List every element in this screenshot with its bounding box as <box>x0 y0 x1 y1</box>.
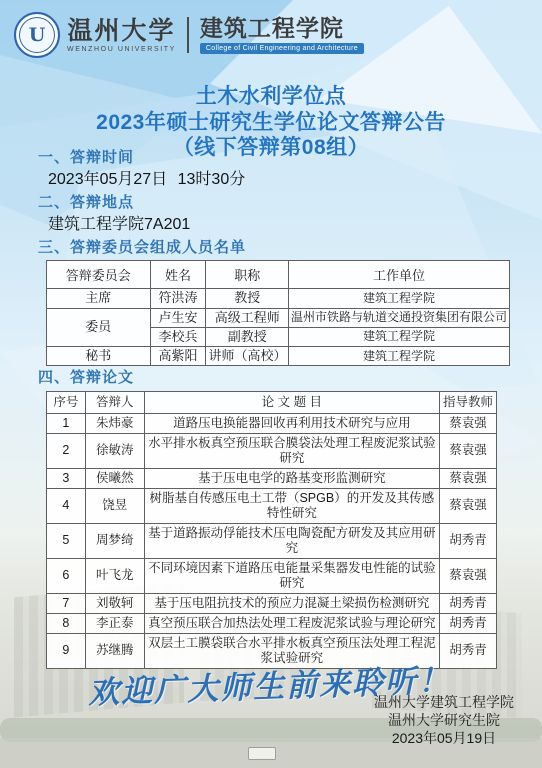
col-header-org: 工作单位 <box>288 261 509 289</box>
thesis-no: 6 <box>47 558 86 593</box>
thesis-title: 道路压电换能器回收再利用技术研究与应用 <box>144 413 439 433</box>
thesis-advisor: 蔡袁强 <box>439 433 496 468</box>
college-name-block: 建筑工程学院 College of Civil Engineering and … <box>200 17 364 54</box>
committee-role: 委员 <box>47 308 151 347</box>
header: U 温州大学 WENZHOU UNIVERSITY 建筑工程学院 College… <box>14 12 364 58</box>
college-name-cn: 建筑工程学院 <box>200 17 364 40</box>
committee-title: 讲师（高校） <box>206 347 289 366</box>
table-row: 主席 符洪涛 教授 建筑工程学院 <box>47 289 510 308</box>
col-header-thesis-title: 论 文 题 目 <box>144 391 439 413</box>
university-name-block: 温州大学 WENZHOU UNIVERSITY <box>67 18 176 53</box>
signature-college: 温州大学建筑工程学院 <box>374 694 514 712</box>
committee-org: 建筑工程学院 <box>288 289 509 308</box>
defense-place-value: 建筑工程学院7A201 <box>48 215 514 236</box>
thesis-no: 8 <box>47 613 86 633</box>
table-row: 1 朱炜豪 道路压电换能器回收再利用技术研究与应用 蔡袁强 <box>47 413 497 433</box>
thesis-student: 刘敬轲 <box>85 593 144 613</box>
title-line-1: 土木水利学位点 <box>0 84 542 110</box>
col-header-committee: 答辩委员会 <box>47 261 151 289</box>
bus-silhouette <box>248 747 276 760</box>
thesis-advisor: 胡秀青 <box>439 593 496 613</box>
section-heading-thesis: 四、答辩论文 <box>38 368 514 388</box>
committee-title: 副教授 <box>206 327 289 346</box>
committee-title: 教授 <box>206 289 289 308</box>
committee-title: 高级工程师 <box>206 308 289 327</box>
committee-table: 答辩委员会 姓名 职称 工作单位 主席 符洪涛 教授 建筑工程学院 委员 卢生安… <box>46 260 510 366</box>
thesis-no: 5 <box>47 523 86 558</box>
committee-org: 温州市铁路与轨道交通投资集团有限公司 <box>288 308 509 327</box>
thesis-header-row: 序号 答辩人 论 文 题 目 指导教师 <box>47 391 497 413</box>
title-line-2: 2023年硕士研究生学位论文答辩公告 <box>0 110 542 136</box>
thesis-advisor: 蔡袁强 <box>439 413 496 433</box>
thesis-no: 4 <box>47 488 86 523</box>
table-row: 委员 卢生安 高级工程师 温州市铁路与轨道交通投资集团有限公司 <box>47 308 510 327</box>
committee-org: 建筑工程学院 <box>288 327 509 346</box>
thesis-advisor: 胡秀青 <box>439 523 496 558</box>
thesis-title: 基于压电阻抗技术的预应力混凝土梁损伤检测研究 <box>144 593 439 613</box>
thesis-student: 饶昱 <box>85 488 144 523</box>
thesis-no: 7 <box>47 593 86 613</box>
col-header-advisor: 指导教师 <box>439 391 496 413</box>
thesis-advisor: 蔡袁强 <box>439 468 496 488</box>
university-name-en: WENZHOU UNIVERSITY <box>67 46 176 53</box>
table-row: 4 饶昱 树脂基自传感压电土工带（SPGB）的开发及其传感特性研究 蔡袁强 <box>47 488 497 523</box>
thesis-table: 序号 答辩人 论 文 题 目 指导教师 1 朱炜豪 道路压电换能器回收再利用技术… <box>46 391 497 669</box>
thesis-no: 1 <box>47 413 86 433</box>
col-header-title: 职称 <box>206 261 289 289</box>
table-row: 秘书 高紫阳 讲师（高校） 建筑工程学院 <box>47 347 510 366</box>
col-header-name: 姓名 <box>150 261 206 289</box>
main-content: 一、答辩时间 2023年05月27日 13时30分 二、答辩地点 建筑工程学院7… <box>38 146 514 671</box>
table-row: 7 刘敬轲 基于压电阻抗技术的预应力混凝土梁损伤检测研究 胡秀青 <box>47 593 497 613</box>
col-header-student: 答辩人 <box>85 391 144 413</box>
poster-page: U 温州大学 WENZHOU UNIVERSITY 建筑工程学院 College… <box>0 0 542 768</box>
thesis-student: 李正泰 <box>85 613 144 633</box>
committee-name: 李校兵 <box>150 327 206 346</box>
thesis-student: 苏继腾 <box>85 633 144 668</box>
committee-org: 建筑工程学院 <box>288 347 509 366</box>
thesis-no: 3 <box>47 468 86 488</box>
table-row: 3 侯曦然 基于压电电学的路基变形监测研究 蔡袁强 <box>47 468 497 488</box>
thesis-student: 朱炜豪 <box>85 413 144 433</box>
university-logo-icon: U <box>14 12 60 58</box>
defense-time-value: 2023年05月27日 13时30分 <box>48 170 514 191</box>
thesis-title: 不同环境因素下道路压电能量采集器发电性能的试验研究 <box>144 558 439 593</box>
thesis-student: 叶飞龙 <box>85 558 144 593</box>
thesis-title: 水平排水板真空预压联合膜袋法处理工程废泥浆试验研究 <box>144 433 439 468</box>
thesis-advisor: 蔡袁强 <box>439 488 496 523</box>
college-name-en: College of Civil Engineering and Archite… <box>200 43 364 54</box>
signature-graduate-school: 温州大学研究生院 <box>374 712 514 730</box>
section-heading-time: 一、答辩时间 <box>38 148 514 168</box>
committee-header-row: 答辩委员会 姓名 职称 工作单位 <box>47 261 510 289</box>
signature-block: 温州大学建筑工程学院 温州大学研究生院 2023年05月19日 <box>374 694 514 748</box>
table-row: 6 叶飞龙 不同环境因素下道路压电能量采集器发电性能的试验研究 蔡袁强 <box>47 558 497 593</box>
thesis-advisor: 蔡袁强 <box>439 558 496 593</box>
section-heading-committee: 三、答辩委员会组成人员名单 <box>38 238 514 258</box>
table-row: 2 徐敏涛 水平排水板真空预压联合膜袋法处理工程废泥浆试验研究 蔡袁强 <box>47 433 497 468</box>
thesis-advisor: 胡秀青 <box>439 613 496 633</box>
section-heading-place: 二、答辩地点 <box>38 193 514 213</box>
thesis-title: 基于道路振动俘能技术压电陶瓷配方研发及其应用研究 <box>144 523 439 558</box>
committee-name: 符洪涛 <box>150 289 206 308</box>
table-row: 8 李正泰 真空预压联合加热法处理工程废泥浆试验与理论研究 胡秀青 <box>47 613 497 633</box>
thesis-no: 2 <box>47 433 86 468</box>
table-row: 5 周梦绮 基于道路振动俘能技术压电陶瓷配方研发及其应用研究 胡秀青 <box>47 523 497 558</box>
university-name-cn: 温州大学 <box>67 18 175 43</box>
thesis-student: 侯曦然 <box>85 468 144 488</box>
thesis-student: 徐敏涛 <box>85 433 144 468</box>
thesis-student: 周梦绮 <box>85 523 144 558</box>
thesis-no: 9 <box>47 633 86 668</box>
committee-name: 卢生安 <box>150 308 206 327</box>
committee-role: 秘书 <box>47 347 151 366</box>
signature-date: 2023年05月19日 <box>374 730 514 748</box>
committee-name: 高紫阳 <box>150 347 206 366</box>
committee-role: 主席 <box>47 289 151 308</box>
thesis-title: 树脂基自传感压电土工带（SPGB）的开发及其传感特性研究 <box>144 488 439 523</box>
thesis-title: 基于压电电学的路基变形监测研究 <box>144 468 439 488</box>
col-header-no: 序号 <box>47 391 86 413</box>
thesis-title: 真空预压联合加热法处理工程废泥浆试验与理论研究 <box>144 613 439 633</box>
header-divider <box>187 17 189 53</box>
